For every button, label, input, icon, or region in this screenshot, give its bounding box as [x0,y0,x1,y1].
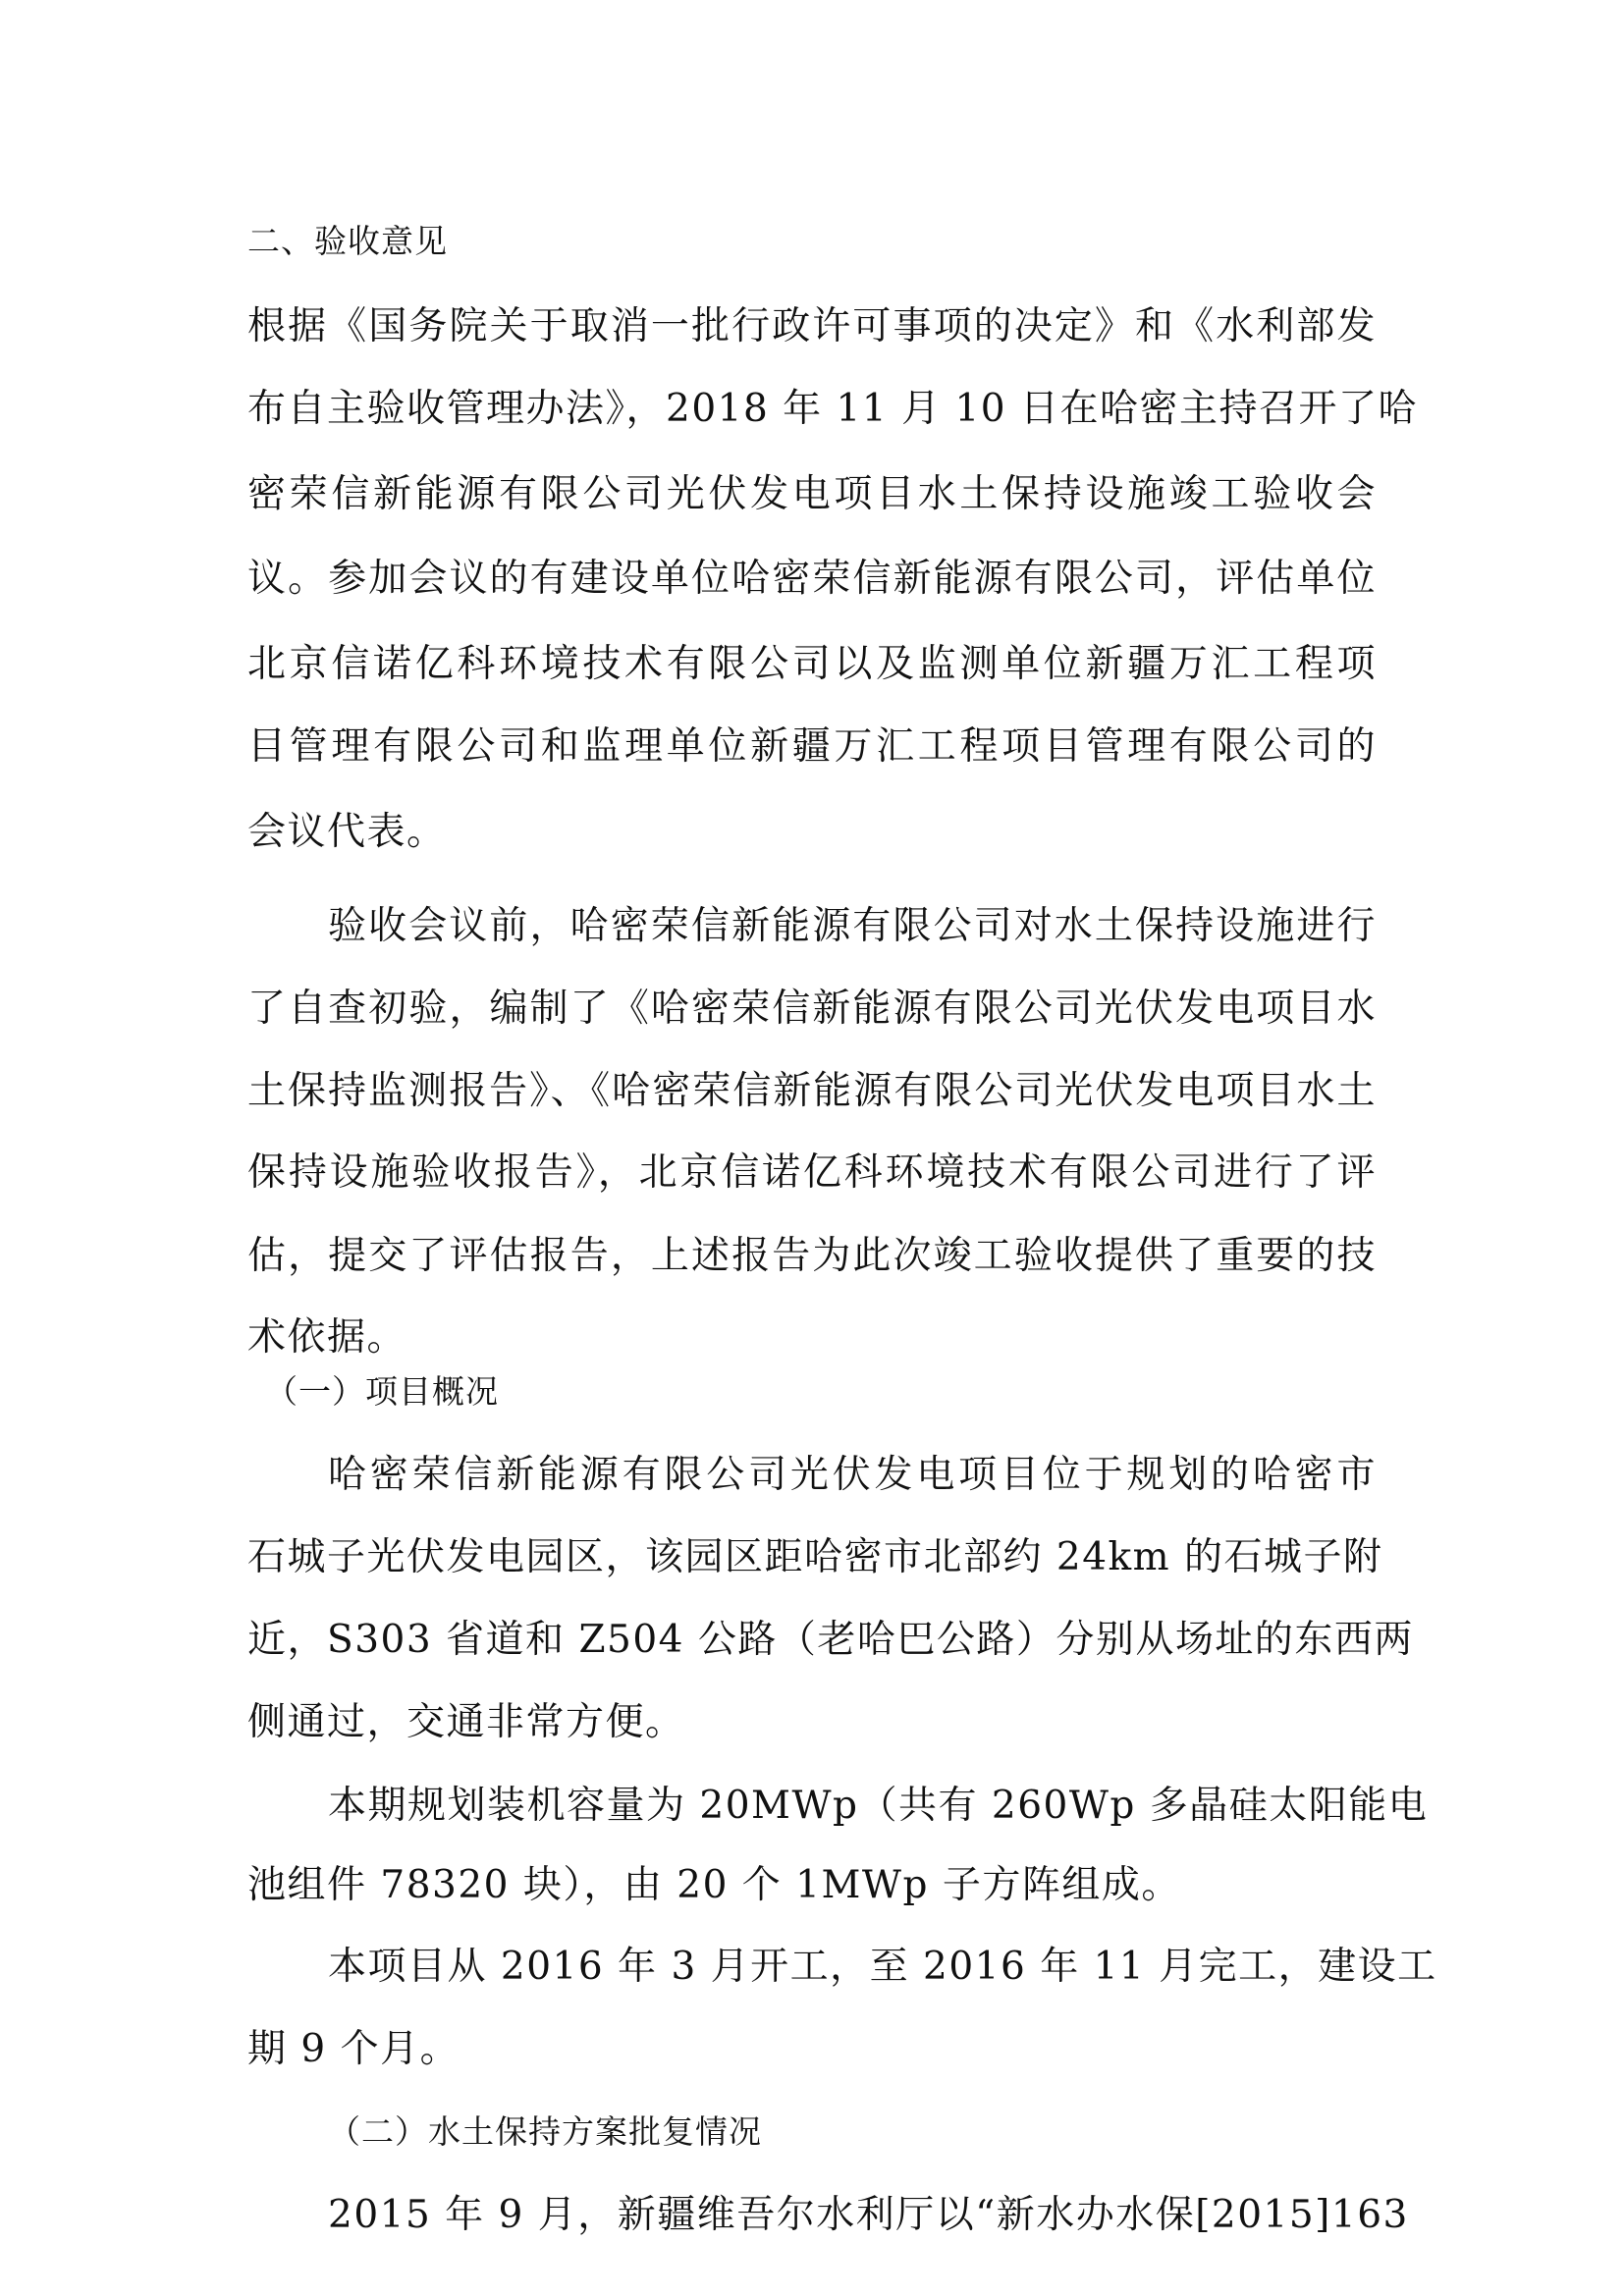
paragraph-line: 估，提交了评估报告，上述报告为此次竣工验收提供了重要的技 [247,1235,1377,1278]
paragraph-line: 北京信诺亿科环境技术有限公司以及监测单位新疆万汇工程项 [247,643,1377,686]
paragraph-line: 2015 年 9 月，新疆维吾尔水利厅以“新水办水保[2015]163 [328,2194,1377,2237]
paragraph-line: 池组件 78320 块），由 20 个 1MWp 子方阵组成。 [247,1864,1377,1907]
paragraph-line: 议。参加会议的有建设单位哈密荣信新能源有限公司，评估单位 [247,558,1377,601]
paragraph-line: 保持设施验收报告》，北京信诺亿科环境技术有限公司进行了评 [247,1151,1377,1195]
paragraph-line: 密荣信新能源有限公司光伏发电项目水土保持设施竣工验收会 [247,473,1377,516]
paragraph-line: 根据《国务院关于取消一批行政许可事项的决定》和《水利部发 [247,305,1377,348]
paragraph-line: 会议代表。 [247,811,1377,854]
paragraph-line: 土保持监测报告》、《哈密荣信新能源有限公司光伏发电项目水土 [247,1070,1377,1113]
paragraph-line: 期 9 个月。 [247,2028,1377,2071]
paragraph-line: 近，S303 省道和 Z504 公路（老哈巴公路）分别从场址的东西两 [247,1619,1377,1662]
paragraph-line: 石城子光伏发电园区，该园区距哈密市北部约 24km 的石城子附 [247,1536,1377,1579]
paragraph-line: 本期规划装机容量为 20MWp（共有 260Wp 多晶硅太阳能电 [328,1785,1377,1828]
paragraph-line: 了自查初验，编制了《哈密荣信新能源有限公司光伏发电项目水 [247,988,1377,1031]
section-heading: 二、验收意见 [247,220,1377,263]
paragraph-line: 布自主验收管理办法》，2018 年 11 月 10 日在哈密主持召开了哈 [247,388,1377,431]
paragraph-line: 本项目从 2016 年 3 月开工，至 2016 年 11 月完工，建设工 [328,1946,1377,1989]
paragraph-line: 目管理有限公司和监理单位新疆万汇工程项目管理有限公司的 [247,725,1377,769]
paragraph-line: 验收会议前，哈密荣信新能源有限公司对水土保持设施进行 [328,905,1377,948]
subheading-plan-approval: （二）水土保持方案批复情况 [328,2110,1457,2154]
subheading-project-overview: （一）项目概况 [265,1370,1394,1414]
document-page: 二、验收意见 根据《国务院关于取消一批行政许可事项的决定》和《水利部发 布自主验… [0,0,1624,2296]
paragraph-line: 哈密荣信新能源有限公司光伏发电项目位于规划的哈密市 [328,1454,1377,1497]
paragraph-line: 术依据。 [247,1316,1377,1360]
paragraph-line: 侧通过，交通非常方便。 [247,1701,1377,1744]
